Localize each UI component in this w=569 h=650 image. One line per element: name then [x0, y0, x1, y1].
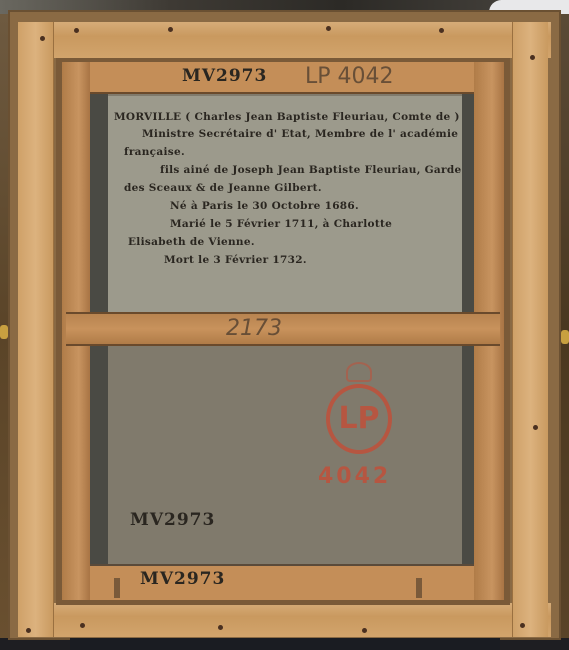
gilt-ornament-left	[0, 325, 8, 339]
label-line: Elisabeth de Vienne.	[112, 233, 462, 251]
crossbar-pencil-mark: 2173	[226, 316, 282, 341]
label-line: Ministre Secrétaire d' Etat, Membre de l…	[112, 125, 462, 143]
top-pencil-mark: LP 4042	[305, 64, 394, 89]
nail	[218, 625, 223, 630]
nail	[520, 623, 525, 628]
nail	[74, 28, 79, 33]
label-line: Mort le 3 Février 1732.	[112, 251, 462, 269]
nail	[40, 36, 45, 41]
top-stencil-mark: MV2973	[182, 66, 267, 86]
label-line: des Sceaux & de Jeanne Gilbert.	[112, 179, 462, 197]
stamp-monogram: LP	[338, 401, 379, 436]
outer-frame-right-bar	[512, 22, 548, 637]
label-line: Né à Paris le 30 Octobre 1686.	[112, 197, 462, 215]
outer-frame-left-bar	[18, 22, 54, 637]
wooden-key	[416, 578, 422, 598]
stamp-number: 4042	[318, 464, 391, 489]
label-line: française.	[112, 143, 462, 161]
nail	[362, 628, 367, 633]
wooden-key	[114, 578, 120, 598]
label-line: Marié le 5 Février 1711, à Charlotte	[112, 215, 462, 233]
nail	[26, 628, 31, 633]
stretcher-crossbar: 2173	[66, 312, 500, 346]
nail	[168, 27, 173, 32]
monogram-icon: LP	[326, 384, 392, 454]
red-collection-stamp: LP 4042	[318, 362, 402, 497]
outer-frame-bottom-bar	[18, 603, 551, 637]
gilt-ornament-right	[561, 330, 569, 344]
outer-frame-top-bar	[18, 22, 551, 58]
nail	[439, 28, 444, 33]
nail	[530, 55, 535, 60]
label-line: MORVILLE ( Charles Jean Baptiste Fleuria…	[112, 108, 462, 126]
nail	[533, 425, 538, 430]
stretcher-top-bar: MV2973 LP 4042	[90, 62, 474, 94]
biography-label: MORVILLE ( Charles Jean Baptiste Fleuria…	[108, 96, 462, 314]
bottom-stencil-mark: MV2973	[140, 569, 225, 589]
nail	[326, 26, 331, 31]
crown-icon	[346, 362, 372, 382]
canvas-stencil-mark: MV2973	[130, 510, 215, 530]
nail	[80, 623, 85, 628]
dark-cloth	[70, 638, 500, 650]
stretcher-bottom-bar: MV2973	[90, 564, 474, 600]
label-line: fils ainé de Joseph Jean Baptiste Fleuri…	[112, 161, 462, 179]
